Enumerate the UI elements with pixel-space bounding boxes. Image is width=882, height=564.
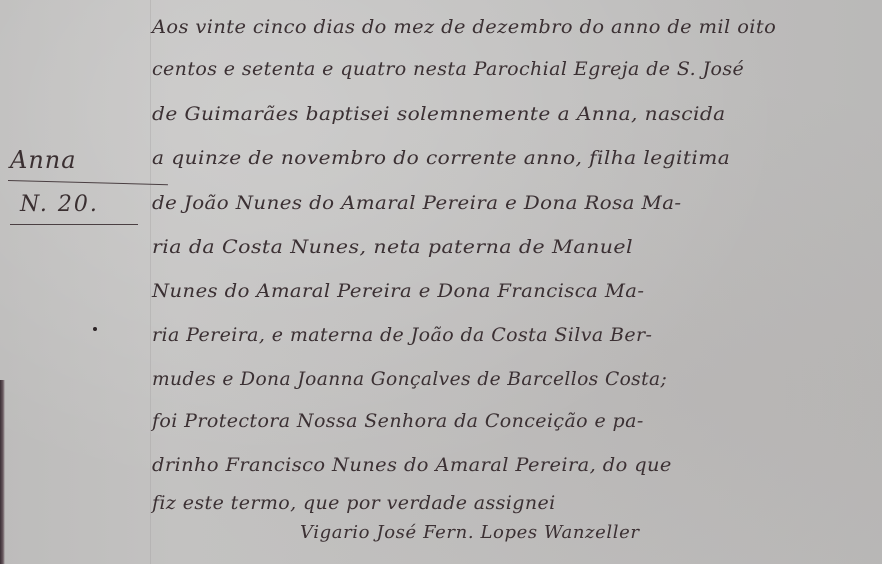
priest-signature: Vigario José Fern. Lopes Wanzeller bbox=[300, 522, 640, 543]
record-number: N. 20. bbox=[20, 192, 99, 217]
margin-underline bbox=[8, 180, 168, 185]
text-line: Nunes do Amaral Pereira e Dona Francisca… bbox=[152, 280, 644, 302]
manuscript-page: Anna N. 20. Aos vinte cinco dias do mez … bbox=[0, 0, 882, 564]
text-line: mudes e Dona Joanna Gonçalves de Barcell… bbox=[152, 368, 667, 390]
text-line: fiz este termo, que por verdade assignei bbox=[152, 492, 556, 514]
text-line: ria Pereira, e materna de João da Costa … bbox=[152, 324, 652, 346]
text-line: a quinze de novembro do corrente anno, f… bbox=[152, 147, 730, 169]
text-line: Aos vinte cinco dias do mez de dezembro … bbox=[152, 16, 776, 38]
margin-rule bbox=[150, 0, 151, 564]
text-line: ria da Costa Nunes, neta paterna de Manu… bbox=[152, 236, 633, 258]
text-line: centos e setenta e quatro nesta Parochia… bbox=[152, 58, 744, 80]
text-line: drinho Francisco Nunes do Amaral Pereira… bbox=[152, 454, 672, 476]
ink-dot bbox=[93, 327, 97, 331]
text-line: foi Protectora Nossa Senhora da Conceiçã… bbox=[152, 410, 644, 432]
margin-underline bbox=[10, 224, 138, 225]
text-line: de João Nunes do Amaral Pereira e Dona R… bbox=[152, 192, 682, 214]
text-line: de Guimarães baptisei solemnemente a Ann… bbox=[152, 103, 726, 125]
margin-name: Anna bbox=[10, 146, 77, 174]
page-edge-shadow bbox=[0, 380, 5, 564]
